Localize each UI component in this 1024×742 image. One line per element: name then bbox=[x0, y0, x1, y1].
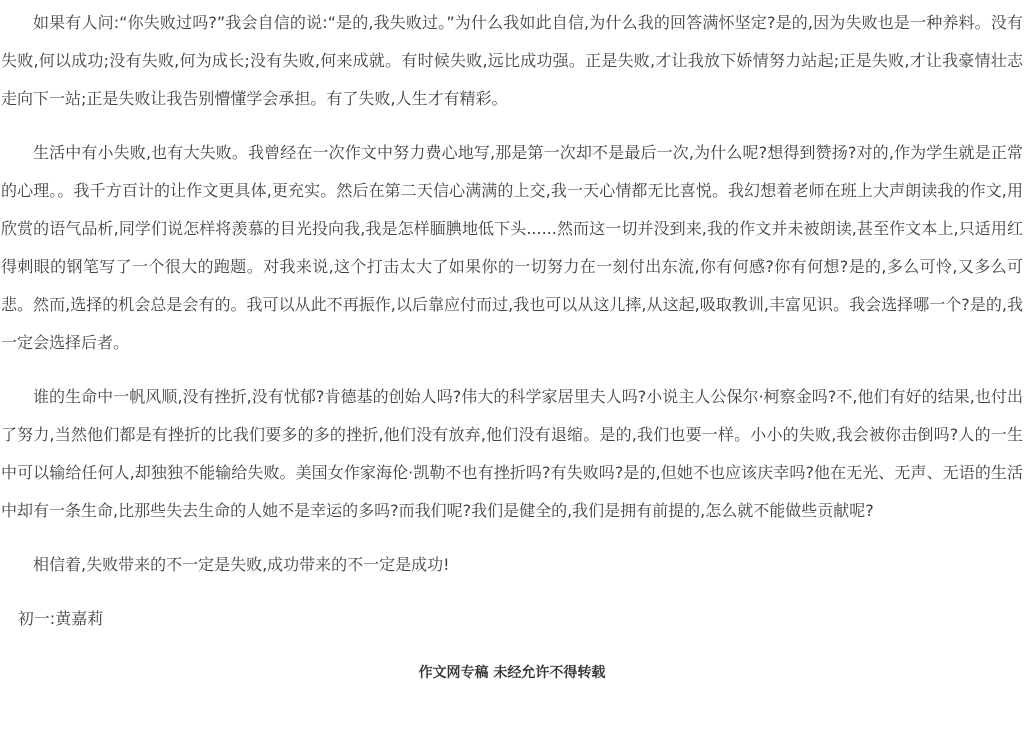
essay-paragraph-1: 如果有人问:“你失败过吗?”我会自信的说:“是的,我失败过。”为什么我如此自信,… bbox=[1, 4, 1023, 118]
essay-page: 如果有人问:“你失败过吗?”我会自信的说:“是的,我失败过。”为什么我如此自信,… bbox=[0, 0, 1024, 692]
essay-paragraph-3: 谁的生命中一帆风顺,没有挫折,没有忧郁?肯德基的创始人吗?伟大的科学家居里夫人吗… bbox=[1, 378, 1023, 530]
copyright-notice: 作文网专稿 未经允许不得转载 bbox=[1, 654, 1023, 692]
author-line: 初一:黄嘉莉 bbox=[1, 600, 1023, 638]
essay-paragraph-2: 生活中有小失败,也有大失败。我曾经在一次作文中努力费心地写,那是第一次却不是最后… bbox=[1, 134, 1023, 362]
essay-paragraph-4: 相信着,失败带来的不一定是失败,成功带来的不一定是成功! bbox=[1, 546, 1023, 584]
